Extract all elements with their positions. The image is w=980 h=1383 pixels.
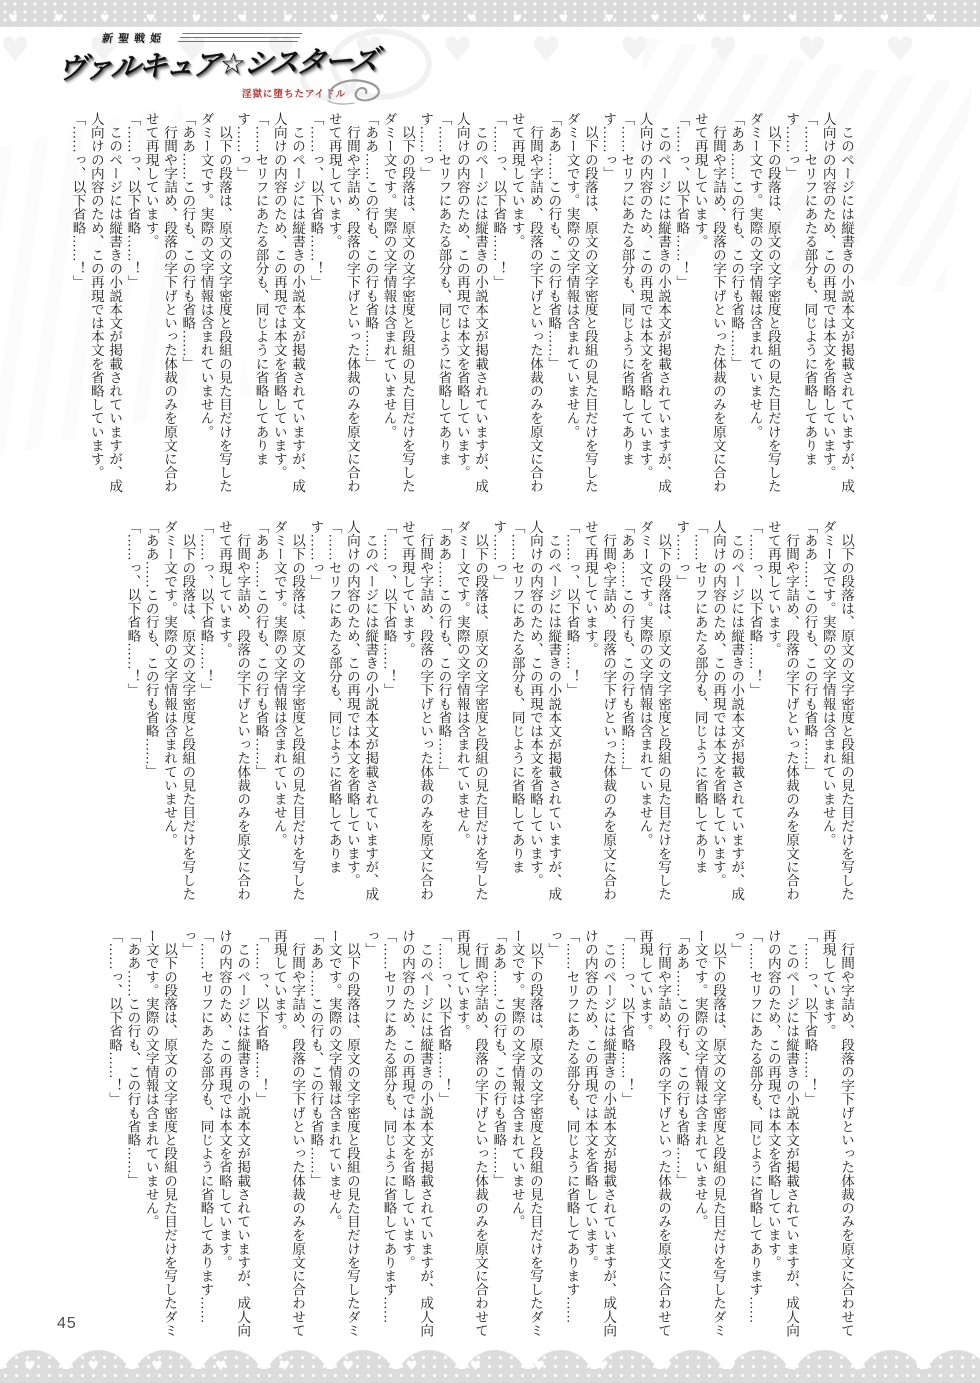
book-page: ♥♥♥♥♥♥♥♥♥♥♥ ♥♥♥♥♥♥♥♥♥♥♥♥♥♥♥♥♥♥♥♥♥ 新聖戦姫 ヴ… xyxy=(0,0,980,1383)
series-logo: 新聖戦姫 ヴァルキュア☆シスターズ 淫獄に堕ちたアイドル xyxy=(58,26,398,110)
lace-border-top: ♥♥♥♥♥♥♥♥♥♥♥♥♥♥♥♥♥♥♥♥♥ xyxy=(0,0,980,27)
heart-lace-row-icon: ♥♥♥♥♥♥♥♥♥♥♥♥♥♥♥♥♥♥♥♥♥ xyxy=(8,12,980,25)
text-block-3: 行間や字詰め、段落の字下げといった体裁のみを原文に合わせて再現しています。 「…… xyxy=(62,929,855,1346)
swirl-flourish-icon xyxy=(324,74,388,108)
text-block-1: このページには縦書きの小説本文が掲載されていますが、成人向けの内容のため、この再… xyxy=(62,112,855,496)
page-number: 45 xyxy=(57,1315,77,1333)
text-block-2: 以下の段落は、原文の文字密度と段組の見た目だけを写したダミー文です。実際の文字情… xyxy=(62,520,855,906)
lace-border-bottom: ♥♥♥♥♥♥♥♥♥♥♥♥♥♥♥ xyxy=(0,1335,980,1383)
heart-lace-row-icon: ♥♥♥♥♥♥♥♥♥♥♥♥♥♥♥ xyxy=(24,1359,980,1374)
